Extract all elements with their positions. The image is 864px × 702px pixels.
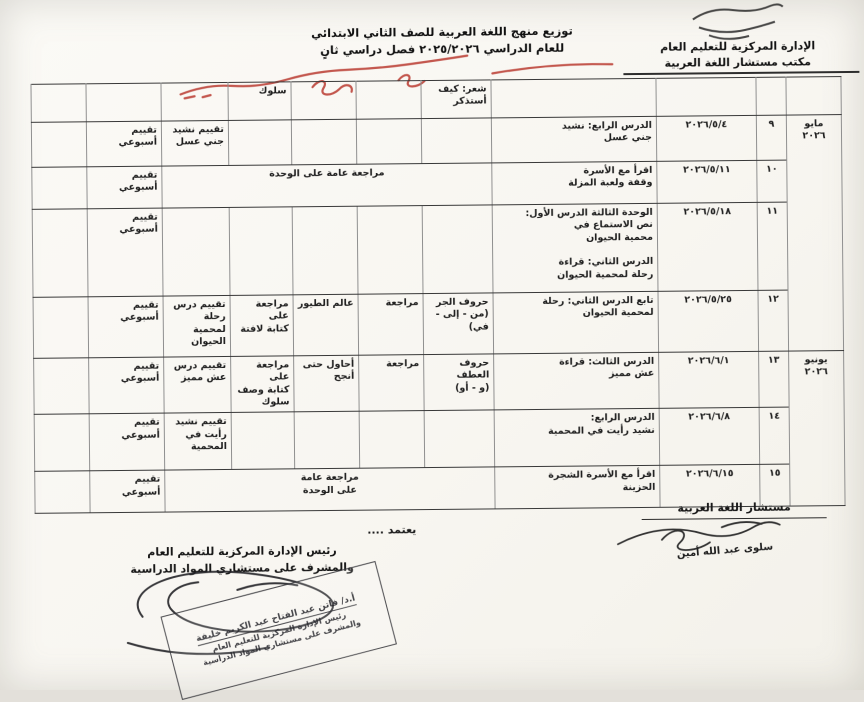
cell-lesson-eval: تقييم نشيد رأيت في المحمية bbox=[164, 413, 232, 471]
scanned-document-page: الإدارة المركزية للتعليم العام مكتب مستش… bbox=[0, 0, 864, 690]
cell-week-number: ١٠ bbox=[757, 160, 787, 202]
cell-writing: مراجعة على كتابة وصف سلوك bbox=[231, 356, 295, 413]
cell-week-date: ٢٠٢٦/٥/١٨ bbox=[657, 202, 758, 291]
cell-weekly-eval bbox=[86, 83, 161, 122]
cell-month-may: مايو ٢٠٢٦ bbox=[786, 115, 843, 352]
table-row: يونيو ٢٠٢٦ ١٣ ٢٠٢٦/٦/١ الدرس الثالث: قرا… bbox=[34, 351, 845, 415]
cell-weekly-eval: تقييم أسبوعي bbox=[86, 121, 161, 167]
cell-month bbox=[786, 77, 841, 116]
cell-skill bbox=[228, 120, 291, 166]
cell-week-number bbox=[756, 77, 786, 115]
cell-week-date: ٢٠٢٦/٥/١١ bbox=[657, 160, 757, 203]
cell-lesson: تابع الدرس الثاني: رحلة لمحمية الحيوان bbox=[493, 291, 659, 354]
cell-skill bbox=[292, 206, 358, 295]
cell-week-number: ٩ bbox=[756, 115, 786, 160]
cell-weekly-eval: تقييم أسبوعي bbox=[89, 357, 165, 414]
cell-lesson: اقرأ مع الأسرة الشجرة الحزينة bbox=[495, 466, 660, 510]
cell-lesson bbox=[491, 78, 656, 118]
cell-lesson: الدرس الثالث: قراءة عش مميز bbox=[494, 352, 660, 410]
table-row: ١٢ ٢٠٢٦/٥/٢٥ تابع الدرس الثاني: رحلة لمح… bbox=[33, 290, 844, 359]
cell-unit-review: مراجعة عامة على الوحدة bbox=[165, 467, 495, 512]
cell-skill bbox=[291, 119, 356, 165]
cell-week-number: ١٤ bbox=[759, 407, 790, 464]
cell-lesson-eval: تقييم درس رحلة لمحمية الحيوان bbox=[163, 295, 231, 357]
cell-empty bbox=[34, 414, 90, 472]
cell-week-date: ٢٠٢٦/٥/٢٥ bbox=[658, 290, 759, 352]
cell-lesson: الدرس الرابع: نشيد جني عسل bbox=[491, 116, 656, 163]
cell-grammar: حروف العطف (و - أو) bbox=[424, 354, 495, 411]
curriculum-table: شعر: كيف أستذكر سلوك مايو ٢٠٢٦ ٩ ٢٠٢٦/٥/… bbox=[30, 76, 845, 514]
cell-empty bbox=[32, 167, 87, 210]
approval-label: يعتمد .... bbox=[332, 523, 452, 537]
cell-skill bbox=[357, 206, 423, 295]
cell-skill bbox=[231, 412, 295, 470]
cell-skill: شعر: كيف أستذكر bbox=[421, 80, 491, 119]
cell-empty bbox=[31, 122, 86, 168]
cell-skill bbox=[424, 410, 495, 468]
cell-lesson: اقرأ مع الأسرة وقفة ولعبة المزلة bbox=[492, 161, 657, 205]
cell-week-date bbox=[656, 77, 756, 116]
cell-skill bbox=[291, 81, 356, 120]
cell-skill bbox=[359, 411, 425, 469]
cell-skill bbox=[356, 81, 421, 120]
cell-empty bbox=[32, 209, 88, 298]
cell-weekly-eval: تقييم أسبوعي bbox=[89, 413, 165, 471]
cell-weekly-eval: تقييم أسبوعي bbox=[87, 166, 162, 209]
cell-week-number: ١٣ bbox=[759, 351, 790, 408]
cell-empty bbox=[31, 84, 86, 123]
cell-weekly-eval: تقييم أسبوعي bbox=[90, 470, 165, 513]
cell-lesson: الوحدة الثالثة الدرس الأول: نص الاستماع … bbox=[492, 203, 658, 293]
cell-reading-text: عالم الطيور bbox=[293, 294, 359, 356]
cell-skill bbox=[294, 412, 360, 470]
cell-week-date: ٢٠٢٦/٦/١ bbox=[659, 351, 760, 408]
cell-skill bbox=[421, 118, 491, 164]
cell-week-date: ٢٠٢٦/٦/٨ bbox=[659, 408, 760, 466]
cell-week-number: ١١ bbox=[757, 202, 788, 290]
cell-week-date: ٢٠٢٦/٥/٤ bbox=[656, 115, 756, 161]
cell-writing: مراجعة على كتابة لافتة bbox=[230, 295, 294, 357]
table-row: ١٤ ٢٠٢٦/٦/٨ الدرس الرابع: نشيد رأيت في ا… bbox=[34, 407, 845, 472]
cell-reading-text: أحاول حتى أنجح bbox=[294, 355, 360, 412]
cell-skill bbox=[229, 207, 293, 296]
cell-skill bbox=[422, 205, 493, 294]
table-row: ١١ ٢٠٢٦/٥/١٨ الوحدة الثالثة الدرس الأول:… bbox=[32, 202, 843, 298]
cell-skill bbox=[356, 119, 421, 165]
cell-weekly-eval: تقييم أسبوعي bbox=[87, 208, 163, 297]
cell-empty bbox=[35, 471, 90, 514]
cell-review: مراجعة bbox=[358, 294, 424, 356]
cell-review: مراجعة bbox=[359, 355, 425, 412]
cell-empty bbox=[33, 297, 89, 359]
cell-lesson: الدرس الرابع: نشيد رأيت في المحمية bbox=[494, 409, 660, 468]
cell-grammar: حروف الجر (من - إلى - في) bbox=[423, 293, 494, 355]
cell-unit-review: مراجعة عامة على الوحدة bbox=[162, 163, 492, 208]
cell-lesson-eval: تقييم نشيد جني عسل bbox=[161, 120, 228, 166]
cell-lesson-eval: تقييم درس عش مميز bbox=[164, 356, 232, 413]
cell-weekly-eval: تقييم أسبوعي bbox=[88, 296, 164, 358]
cell-empty bbox=[34, 358, 90, 415]
cell-skill bbox=[161, 82, 228, 121]
cell-week-number: ١٢ bbox=[758, 290, 789, 351]
cell-month-june: يونيو ٢٠٢٦ bbox=[789, 351, 845, 507]
cell-lesson-eval bbox=[162, 207, 230, 296]
cell-skill: سلوك bbox=[228, 82, 291, 121]
table-row: مايو ٢٠٢٦ ٩ ٢٠٢٦/٥/٤ الدرس الرابع: نشيد … bbox=[31, 115, 841, 168]
